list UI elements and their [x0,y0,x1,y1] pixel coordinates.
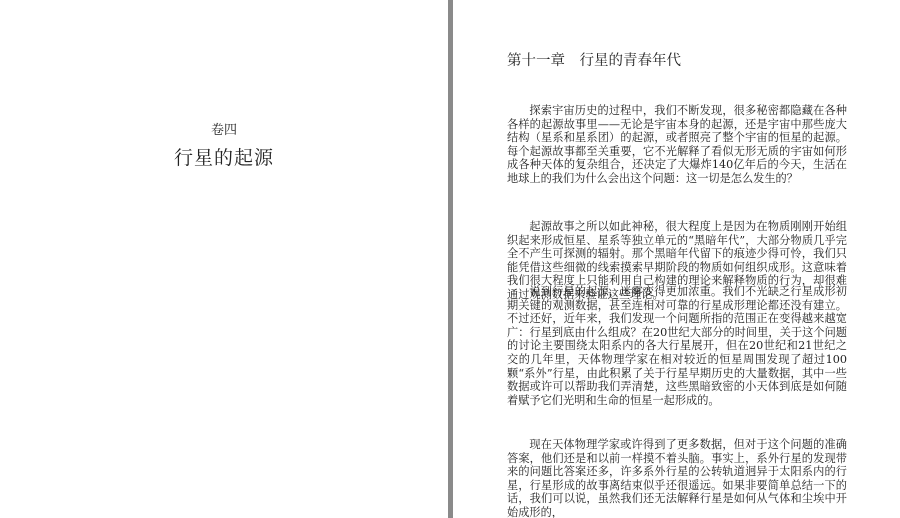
book-viewer: 卷四 行星的起源 第十一章 行星的青春年代 探索宇宙历史的过程中，我们不断发现，… [0,0,900,518]
chapter-title: 第十一章 行星的青春年代 [507,49,681,70]
paragraph-text: 说到行星的起源，迷雾变得更加浓重。我们不光缺乏行星成形初期关键的观测数据，甚至连… [507,285,847,407]
paragraph-text: 现在天体物理学家或许得到了更多数据，但对于这个问题的准确答案，他们还是和以前一样… [507,438,847,518]
paragraph-1: 探索宇宙历史的过程中，我们不断发现，很多秘密都隐藏在各种各样的起源故事里——无论… [507,104,847,186]
paragraph-3: 说到行星的起源，迷雾变得更加浓重。我们不光缺乏行星成形初期关键的观测数据，甚至连… [507,285,847,407]
paragraph-text: 探索宇宙历史的过程中，我们不断发现，很多秘密都隐藏在各种各样的起源故事里——无论… [507,104,847,186]
volume-label: 卷四 [0,119,448,138]
right-page: 第十一章 行星的青春年代 探索宇宙历史的过程中，我们不断发现，很多秘密都隐藏在各… [453,0,900,518]
part-title: 行星的起源 [0,143,448,170]
paragraph-4: 现在天体物理学家或许得到了更多数据，但对于这个问题的准确答案，他们还是和以前一样… [507,438,847,518]
left-page: 卷四 行星的起源 [0,0,448,518]
